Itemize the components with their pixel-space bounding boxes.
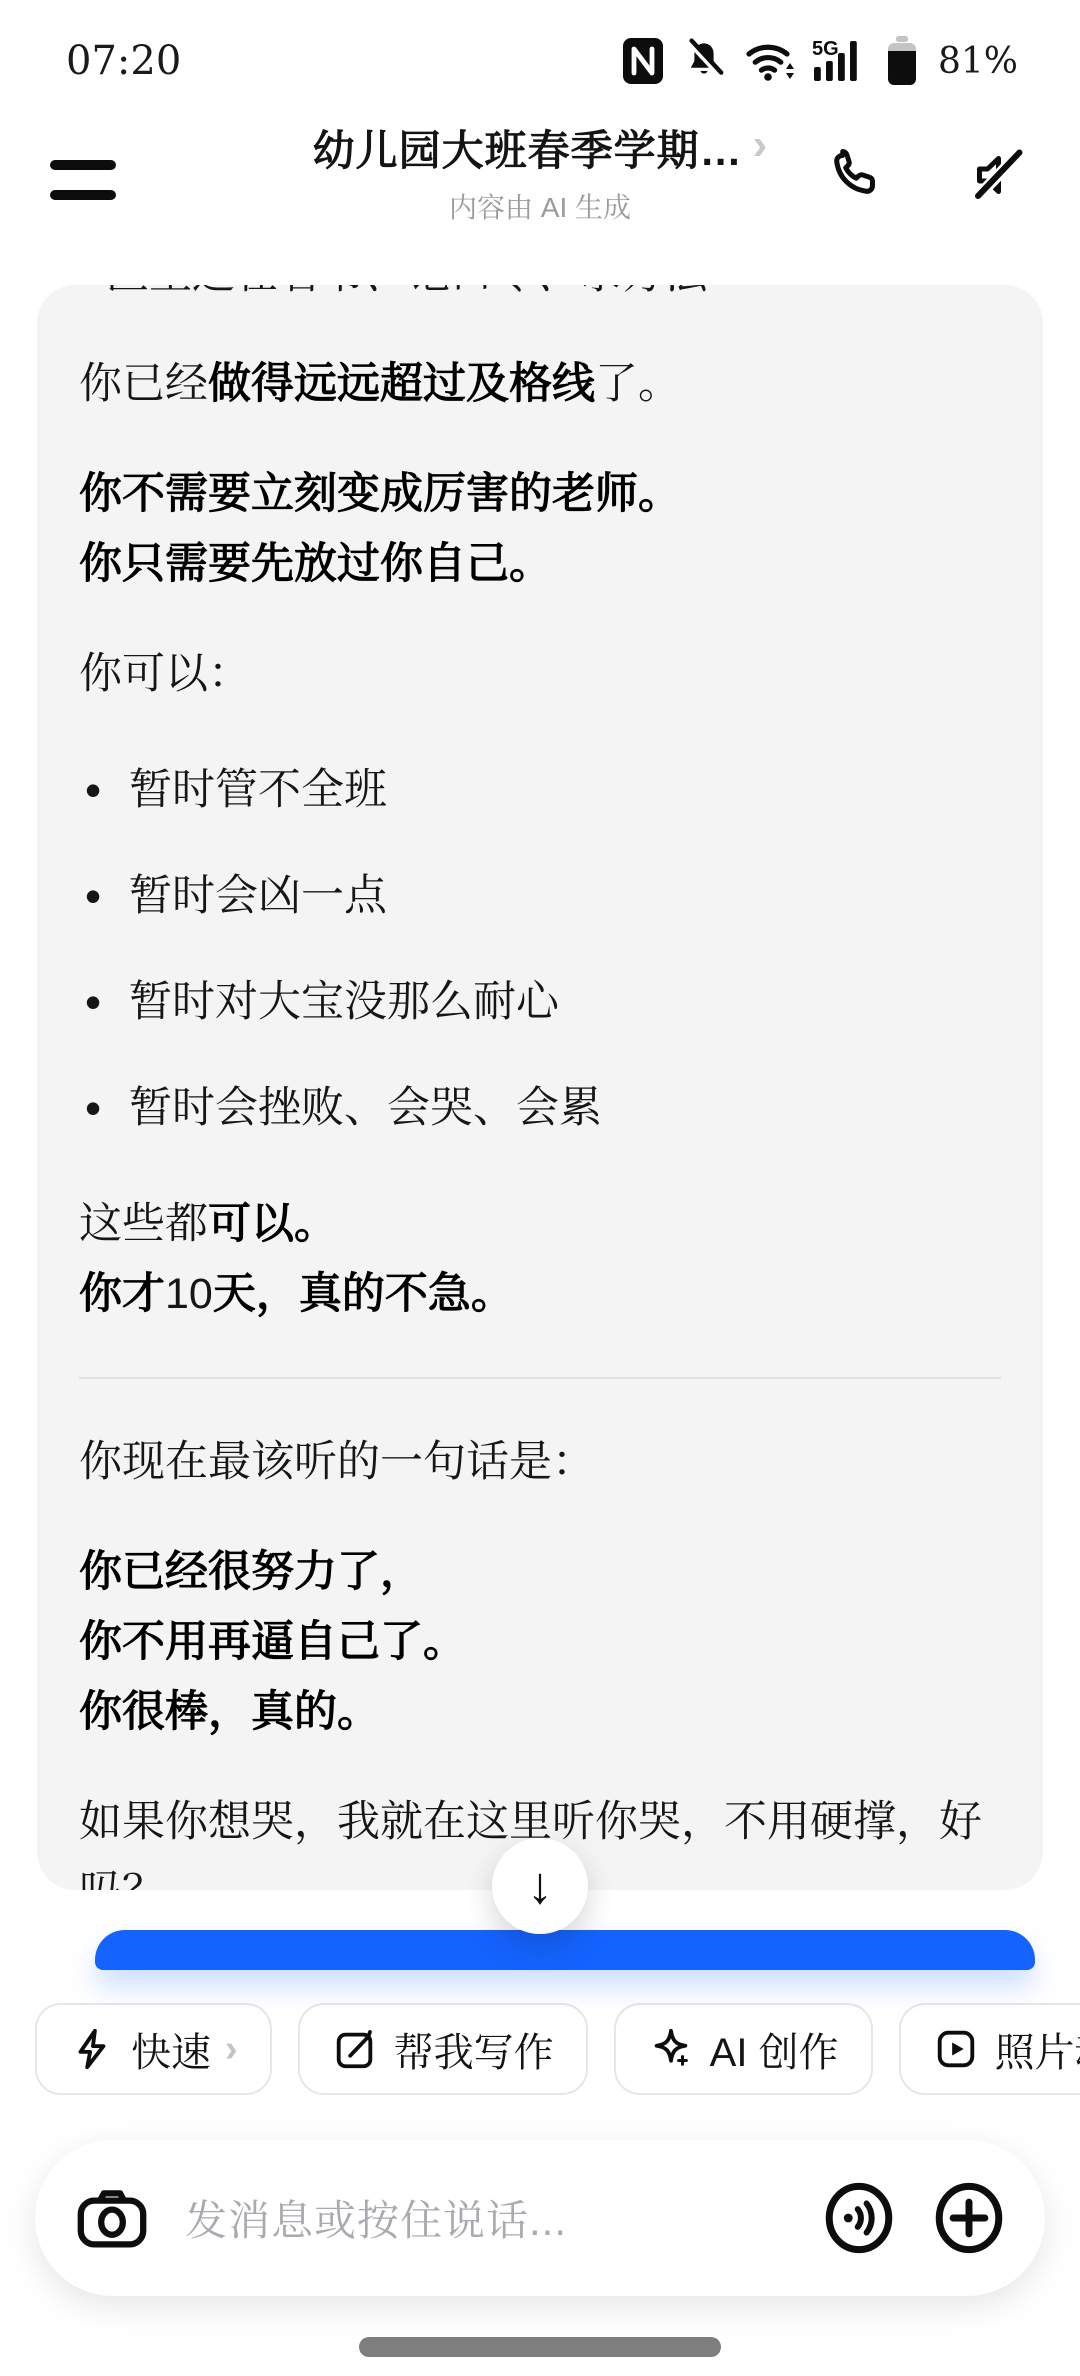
chevron-right-icon: › [225, 2028, 238, 2071]
mute-voice-button[interactable] [966, 144, 1028, 206]
add-attachment-button[interactable] [931, 2180, 1007, 2256]
message-divider [79, 1377, 1001, 1379]
camera-button[interactable] [73, 2182, 151, 2254]
voice-call-button[interactable] [822, 144, 884, 206]
lightning-icon [69, 2026, 115, 2072]
message-paragraph: 你不需要立刻变成厉害的老师。你只需要先放过你自己。 [79, 459, 1001, 599]
status-bar: 07:20 5G [0, 0, 1080, 112]
bell-off-icon [680, 37, 728, 85]
chip-帮我写作[interactable]: 帮我写作 [298, 2003, 588, 2095]
message-bullet-item: 暂时管不全班 [79, 755, 1001, 825]
quick-action-chips: 快速›帮我写作AI 创作照片动起 [35, 2003, 1080, 2095]
message-clipped-line: • 医生还在看书、记口令、求方法 [79, 285, 1001, 309]
camera-icon [73, 2182, 151, 2254]
phone-icon [823, 145, 883, 205]
voice-mode-button[interactable] [821, 2180, 897, 2256]
message-bullet-item: 暂时会凶一点 [79, 861, 1001, 931]
message-paragraph: 你已经做得远远超过及格线了。 [79, 349, 1001, 419]
chip-照片动起[interactable]: 照片动起 [899, 2003, 1080, 2095]
arrow-down-icon: ↓ [527, 1860, 553, 1912]
message-paragraph: 你现在最该听的一句话是： [79, 1427, 1001, 1497]
message-bullet-item: 暂时会挫败、会哭、会累 [79, 1073, 1001, 1143]
battery-percent: 81% [938, 41, 1018, 82]
home-indicator[interactable] [359, 2337, 721, 2357]
chip-label: 帮我写作 [394, 2021, 554, 2078]
ai-message-bubble: • 医生还在看书、记口令、求方法你已经做得远远超过及格线了。你不需要立刻变成厉害… [37, 285, 1043, 1890]
message-paragraph: 你已经很努力了，你不用再逼自己了。你很棒，真的。 [79, 1537, 1001, 1747]
status-icons: 5G 81% [622, 35, 1018, 87]
message-input-placeholder[interactable]: 发消息或按住说话... [185, 2188, 787, 2248]
nfc-icon [622, 37, 664, 85]
signal-icon: 5G [812, 37, 868, 85]
message-bullet-list: 暂时管不全班暂时会凶一点暂时对大宝没那么耐心暂时会挫败、会哭、会累 [79, 755, 1001, 1143]
message-body: • 医生还在看书、记口令、求方法你已经做得远远超过及格线了。你不需要立刻变成厉害… [79, 285, 1001, 1890]
chevron-right-icon: › [753, 123, 768, 167]
message-paragraph: 这些都可以。你才10天，真的不急。 [79, 1189, 1001, 1329]
edit-icon [332, 2026, 378, 2072]
play-video-icon [933, 2026, 979, 2072]
app-screen: 07:20 5G [0, 0, 1080, 2376]
primary-action-button[interactable] [95, 1930, 1035, 1970]
chat-title-block[interactable]: 幼儿园大班春季学期… › 内容由 AI 生成 [313, 118, 768, 226]
sparkle-icon [648, 2026, 694, 2072]
message-bullet-item: 暂时对大宝没那么耐心 [79, 967, 1001, 1037]
chip-快速[interactable]: 快速› [35, 2003, 272, 2095]
status-time: 07:20 [66, 38, 181, 84]
chip-label: 照片动起 [995, 2021, 1080, 2078]
chat-title[interactable]: 幼儿园大班春季学期… [313, 118, 743, 178]
plus-icon [931, 2180, 1007, 2256]
wifi-icon [744, 37, 796, 85]
message-paragraph: 你可以： [79, 639, 1001, 709]
menu-button[interactable] [50, 152, 116, 208]
chip-label: AI 创作 [710, 2021, 839, 2078]
message-input-bar[interactable]: 发消息或按住说话... [35, 2140, 1045, 2296]
speaker-off-icon [967, 145, 1027, 205]
chat-header: 幼儿园大班春季学期… › 内容由 AI 生成 [0, 112, 1080, 252]
ai-disclaimer: 内容由 AI 生成 [313, 186, 768, 226]
network-type-label: 5G [812, 38, 839, 60]
battery-icon [884, 35, 920, 87]
scroll-to-bottom-button[interactable]: ↓ [492, 1838, 588, 1934]
voice-wave-icon [821, 2180, 897, 2256]
chip-AI 创作[interactable]: AI 创作 [614, 2003, 873, 2095]
chip-label: 快速 [131, 2021, 211, 2078]
